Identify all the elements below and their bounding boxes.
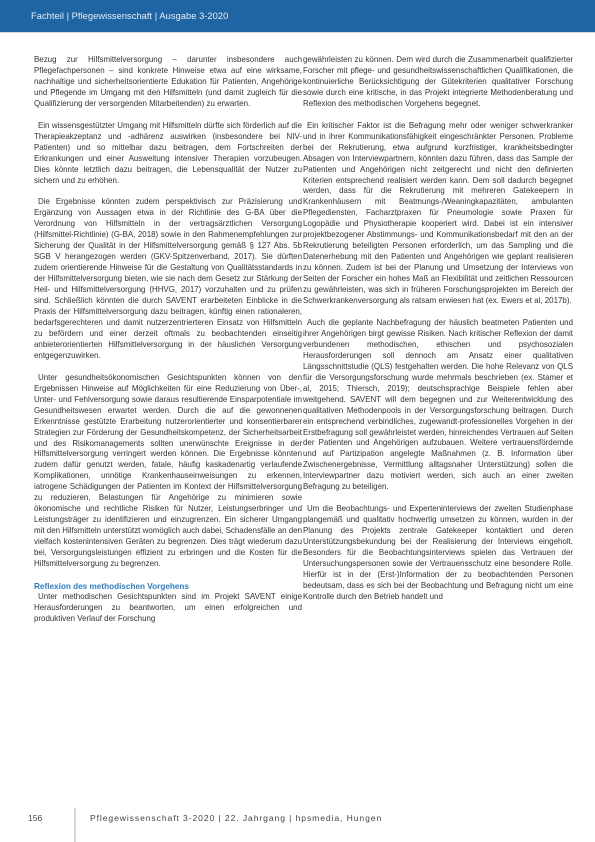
running-header-bar: Fachteil | Pflegewissenschaft | Ausgabe … (0, 0, 595, 33)
body-paragraph: Um die Beobachtungs- und Expertenintervi… (303, 504, 573, 603)
body-paragraph: Bezug zur Hilfsmittelversorgung – darunt… (34, 55, 302, 110)
left-column: Bezug zur Hilfsmittelversorgung – darunt… (34, 55, 302, 625)
footer-divider (74, 808, 76, 842)
body-paragraph: Ein wissensgestützter Umgang mit Hilfsmi… (34, 121, 302, 187)
body-paragraph: Unter gesundheitsökonomischen Gesichtspu… (34, 373, 302, 570)
section-heading: Reflexion des methodischen Vorgehens (34, 581, 302, 592)
body-paragraph: Die Ergebnisse könnten zudem perspektivi… (34, 197, 302, 361)
footer-publication-info: Pflegewissenschaft 3-2020 | 22. Jahrgang… (90, 813, 382, 823)
body-paragraph: Ein kritischer Faktor ist die Befragung … (303, 121, 573, 307)
running-header-title: Fachteil | Pflegewissenschaft | Ausgabe … (31, 11, 228, 21)
body-paragraph: gewährleisten zu können. Dem wird durch … (303, 55, 573, 110)
body-paragraph: Unter methodischen Gesichtspunkten sind … (34, 592, 302, 625)
right-column: gewährleisten zu können. Dem wird durch … (303, 55, 573, 603)
body-paragraph: Auch die geplante Nachbefragung der häus… (303, 318, 573, 493)
page-number: 156 (28, 813, 42, 823)
